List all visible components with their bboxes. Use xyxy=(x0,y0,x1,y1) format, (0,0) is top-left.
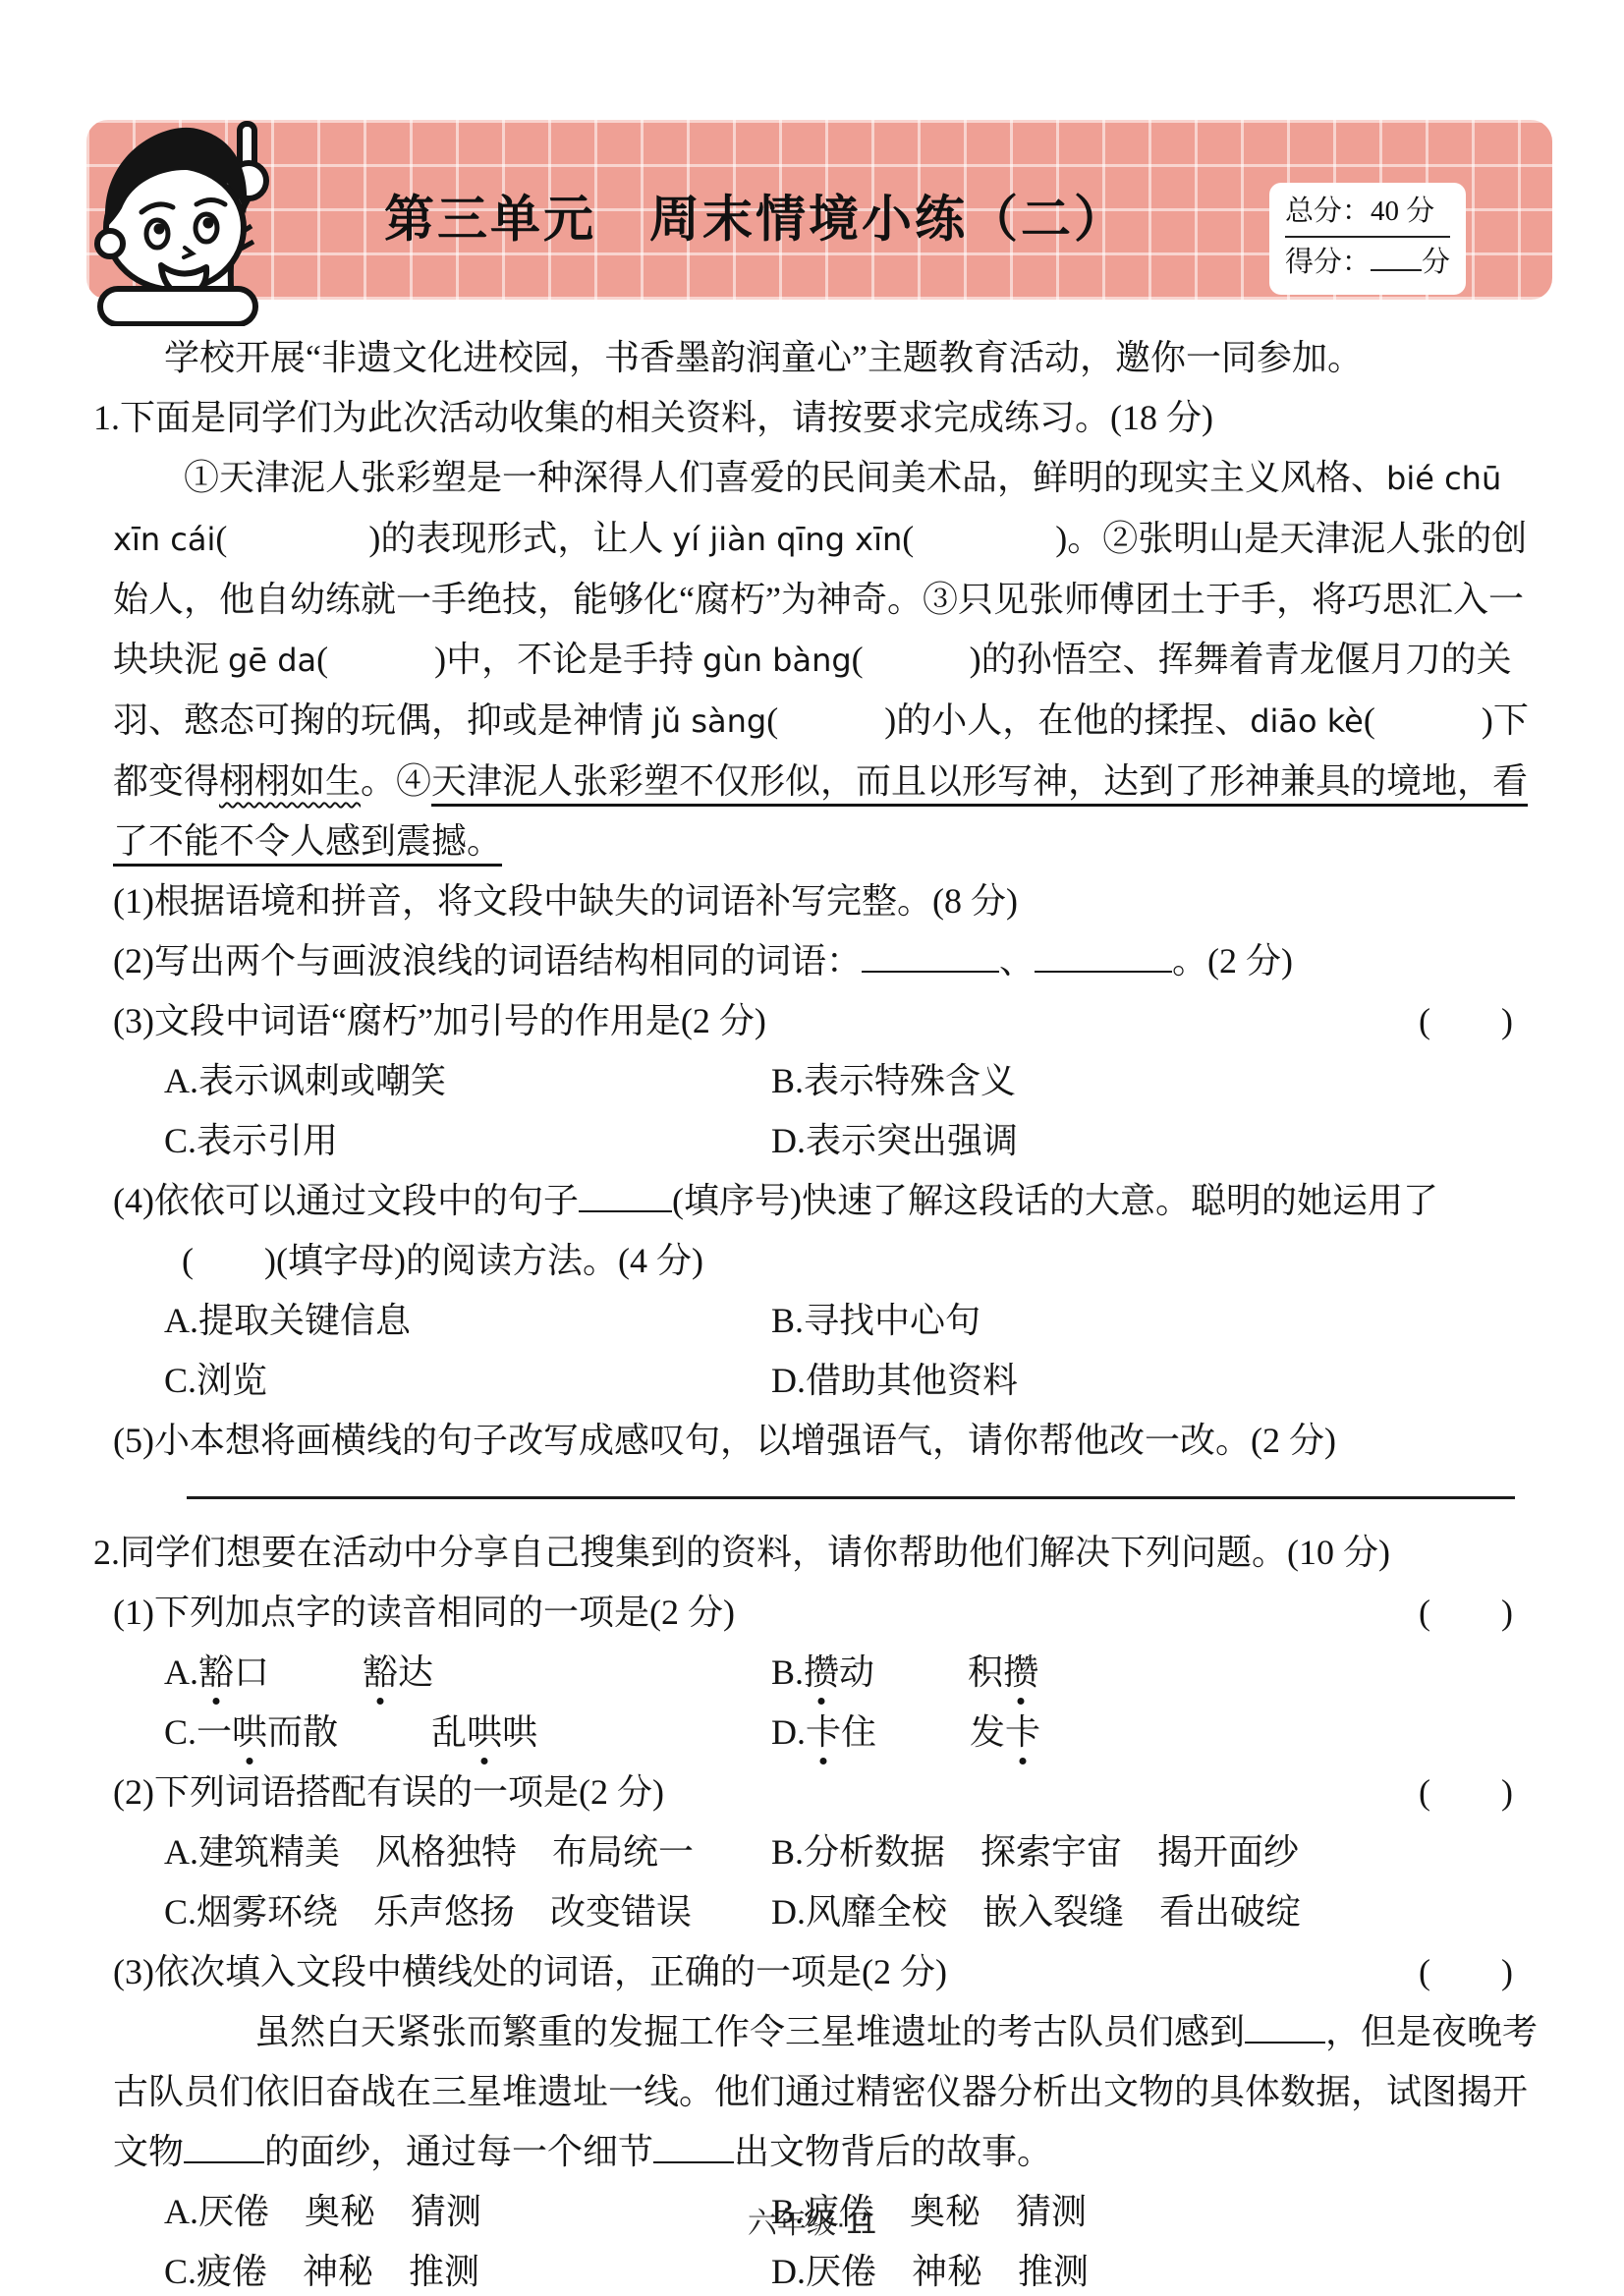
option-row: A.豁口豁达B.攒动积攒 xyxy=(164,1643,1554,1703)
option-item[interactable]: B.攒动积攒 xyxy=(771,1643,1554,1703)
section-divider xyxy=(187,1496,1515,1499)
option-item[interactable]: C.表示引用 xyxy=(164,1111,771,1171)
option-row: A.表示讽刺或嘲笑B.表示特殊含义 xyxy=(164,1051,1554,1111)
q2-sub2-answer-bracket[interactable]: ( ) xyxy=(1419,1763,1513,1822)
page-number: 六年级·11 xyxy=(0,2199,1624,2242)
q2-sub1-options: A.豁口豁达B.攒动积攒C.一哄而散乱哄哄D.卡住发卡 xyxy=(93,1643,1554,1763)
got-score-label: 得分： xyxy=(1285,247,1371,278)
option-item[interactable]: D.卡住发卡 xyxy=(771,1703,1554,1763)
option-row: C.浏览D.借助其他资料 xyxy=(164,1351,1554,1411)
got-score-unit: 分 xyxy=(1422,247,1450,278)
q1-sub4-options: A.提取关键信息B.寻找中心句C.浏览D.借助其他资料 xyxy=(93,1291,1554,1411)
option-item[interactable]: B.表示特殊含义 xyxy=(771,1051,1554,1111)
option-item[interactable]: D.表示突出强调 xyxy=(771,1111,1554,1171)
option-item[interactable]: C.浏览 xyxy=(164,1351,771,1411)
total-score-row: 总分：40 分 xyxy=(1285,189,1450,234)
got-score-blank[interactable] xyxy=(1371,243,1422,271)
option-item[interactable]: C.一哄而散乱哄哄 xyxy=(164,1703,771,1763)
q2-sub3-text: (3)依次填入文段中横线处的词语，正确的一项是(2 分) xyxy=(113,1942,947,2002)
option-item[interactable]: D.风靡全校 嵌入裂缝 看出破绽 xyxy=(771,1882,1554,1942)
option-row: C.表示引用D.表示突出强调 xyxy=(164,1111,1554,1171)
q2-sub1: (1)下列加点字的读音相同的一项是(2 分) ( ) xyxy=(93,1583,1554,1643)
total-score-value: 40 分 xyxy=(1371,196,1434,227)
got-score-row: 得分：分 xyxy=(1285,240,1450,285)
q1-sub3: (3)文段中词语“腐朽”加引号的作用是(2 分) ( ) xyxy=(93,991,1554,1051)
option-row: A.提取关键信息B.寻找中心句 xyxy=(164,1291,1554,1351)
q2-sub2: (2)下列词语搭配有误的一项是(2 分) ( ) xyxy=(93,1763,1554,1822)
option-item[interactable]: C.烟雾环绕 乐声悠扬 改变错误 xyxy=(164,1882,771,1942)
worksheet-page: 第三单元 周末情境小练（二） 总分：40 分 得分：分 xyxy=(0,0,1624,2296)
q2-sub1-answer-bracket[interactable]: ( ) xyxy=(1419,1583,1513,1643)
option-row: C.烟雾环绕 乐声悠扬 改变错误D.风靡全校 嵌入裂缝 看出破绽 xyxy=(164,1882,1554,1942)
q2-sub3-passage: 虽然白天紧张而繁重的发掘工作令三星堆遗址的考古队员们感到，但是夜晚考古队员们依旧… xyxy=(93,2002,1554,2182)
option-row: A.建筑精美 风格独特 布局统一B.分析数据 探索宇宙 揭开面纱 xyxy=(164,1822,1554,1882)
option-item[interactable]: A.豁口豁达 xyxy=(164,1643,771,1703)
option-row: C.疲倦 神秘 推测D.厌倦 神秘 推测 xyxy=(164,2242,1554,2296)
q1-sub3-text: (3)文段中词语“腐朽”加引号的作用是(2 分) xyxy=(113,991,766,1051)
q1-sub5: (5)小本想将画横线的句子改写成感叹句，以增强语气，请你帮他改一改。(2 分) xyxy=(93,1411,1554,1471)
q2-stem: 2.同学们想要在活动中分享自己搜集到的资料，请你帮助他们解决下列问题。(10 分… xyxy=(93,1523,1554,1583)
total-score-label: 总分： xyxy=(1285,196,1371,227)
option-item[interactable]: A.建筑精美 风格独特 布局统一 xyxy=(164,1822,771,1882)
q2-sub2-options: A.建筑精美 风格独特 布局统一B.分析数据 探索宇宙 揭开面纱C.烟雾环绕 乐… xyxy=(93,1822,1554,1942)
worksheet-body: 学校开展“非遗文化进校园，书香墨韵润童心”主题教育活动，邀你一同参加。 1.下面… xyxy=(93,328,1554,2296)
q2-sub3-answer-bracket[interactable]: ( ) xyxy=(1419,1942,1513,2002)
q2-sub1-text: (1)下列加点字的读音相同的一项是(2 分) xyxy=(113,1583,735,1643)
page-title: 第三单元 周末情境小练（二） xyxy=(283,178,1228,251)
q1-sub3-options: A.表示讽刺或嘲笑B.表示特殊含义C.表示引用D.表示突出强调 xyxy=(93,1051,1554,1171)
q1-sub2: (2)写出两个与画波浪线的词语结构相同的词语：、。(2 分) xyxy=(93,931,1554,991)
q1-sub3-answer-bracket[interactable]: ( ) xyxy=(1419,991,1513,1051)
q1-sub1: (1)根据语境和拼音，将文段中缺失的词语补写完整。(8 分) xyxy=(93,871,1554,931)
q1-passage: ①天津泥人张彩塑是一种深得人们喜爱的民间美术品，鲜明的现实主义风格、bié ch… xyxy=(93,448,1554,871)
option-item[interactable]: D.厌倦 神秘 推测 xyxy=(771,2242,1554,2296)
option-item[interactable]: A.表示讽刺或嘲笑 xyxy=(164,1051,771,1111)
option-item[interactable]: C.疲倦 神秘 推测 xyxy=(164,2242,771,2296)
option-item[interactable]: B.分析数据 探索宇宙 揭开面纱 xyxy=(771,1822,1554,1882)
boy-mascot-illustration xyxy=(71,79,316,326)
option-row: C.一哄而散乱哄哄D.卡住发卡 xyxy=(164,1703,1554,1763)
option-item[interactable]: A.提取关键信息 xyxy=(164,1291,771,1351)
q2-sub2-text: (2)下列词语搭配有误的一项是(2 分) xyxy=(113,1763,664,1822)
score-box-divider xyxy=(1285,236,1450,238)
option-item[interactable]: B.寻找中心句 xyxy=(771,1291,1554,1351)
option-item[interactable]: D.借助其他资料 xyxy=(771,1351,1554,1411)
intro-text: 学校开展“非遗文化进校园，书香墨韵润童心”主题教育活动，邀你一同参加。 xyxy=(93,328,1554,388)
q1-sub4-line1: (4)依依可以通过文段中的句子(填序号)快速了解这段话的大意。聪明的她运用了 xyxy=(93,1171,1554,1231)
q1-sub4-line2: ( )(填字母)的阅读方法。(4 分) xyxy=(93,1231,1554,1291)
q2-sub3: (3)依次填入文段中横线处的词语，正确的一项是(2 分) ( ) xyxy=(93,1942,1554,2002)
q1-stem: 1.下面是同学们为此次活动收集的相关资料，请按要求完成练习。(18 分) xyxy=(93,388,1554,448)
score-box: 总分：40 分 得分：分 xyxy=(1269,183,1466,295)
